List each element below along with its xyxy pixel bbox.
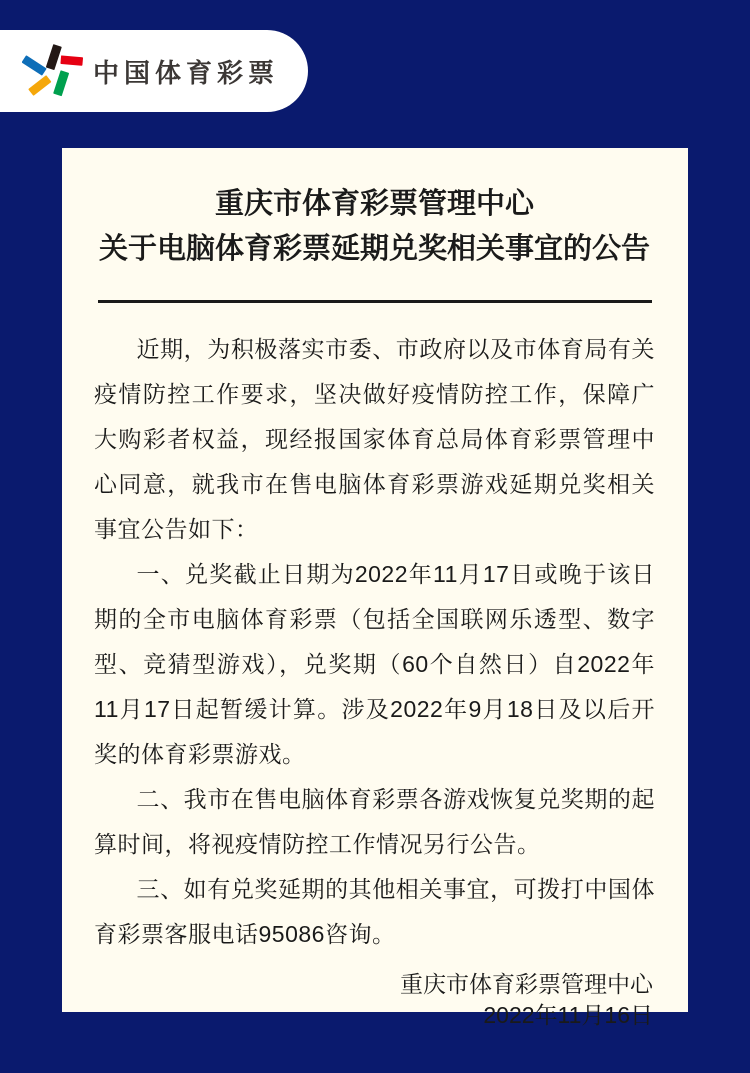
notice-paragraph: 一、兑奖截止日期为2022年11月17日或晚于该日期的全市电脑体育彩票（包括全国… [94,552,655,777]
notice-paragraph: 近期，为积极落实市委、市政府以及市体育局有关疫情防控工作要求，坚决做好疫情防控工… [94,327,655,552]
title-divider [98,300,652,303]
signature-name: 重庆市体育彩票管理中心 [94,969,653,1000]
notice-body: 近期，为积极落实市委、市政府以及市体育局有关疫情防控工作要求，坚决做好疫情防控工… [94,327,655,957]
notice-card: 重庆市体育彩票管理中心 关于电脑体育彩票延期兑奖相关事宜的公告 近期，为积极落实… [62,148,688,1012]
brand-banner: 中国体育彩票 [0,30,308,112]
notice-poster: 中国体育彩票 重庆市体育彩票管理中心 关于电脑体育彩票延期兑奖相关事宜的公告 近… [0,0,750,1073]
signature-block: 重庆市体育彩票管理中心 2022年11月16日 [94,969,655,1031]
signature-date: 2022年11月16日 [94,1000,653,1031]
brand-name: 中国体育彩票 [93,53,279,90]
notice-title: 重庆市体育彩票管理中心 关于电脑体育彩票延期兑奖相关事宜的公告 [94,182,655,272]
notice-title-line-1: 重庆市体育彩票管理中心 [94,182,655,227]
notice-title-line-2: 关于电脑体育彩票延期兑奖相关事宜的公告 [94,227,655,272]
notice-paragraph: 三、如有兑奖延期的其他相关事宜，可拨打中国体育彩票客服电话95086咨询。 [94,867,655,957]
sports-lottery-star-icon [22,41,84,101]
notice-paragraph: 二、我市在售电脑体育彩票各游戏恢复兑奖期的起算时间，将视疫情防控工作情况另行公告… [94,777,655,867]
